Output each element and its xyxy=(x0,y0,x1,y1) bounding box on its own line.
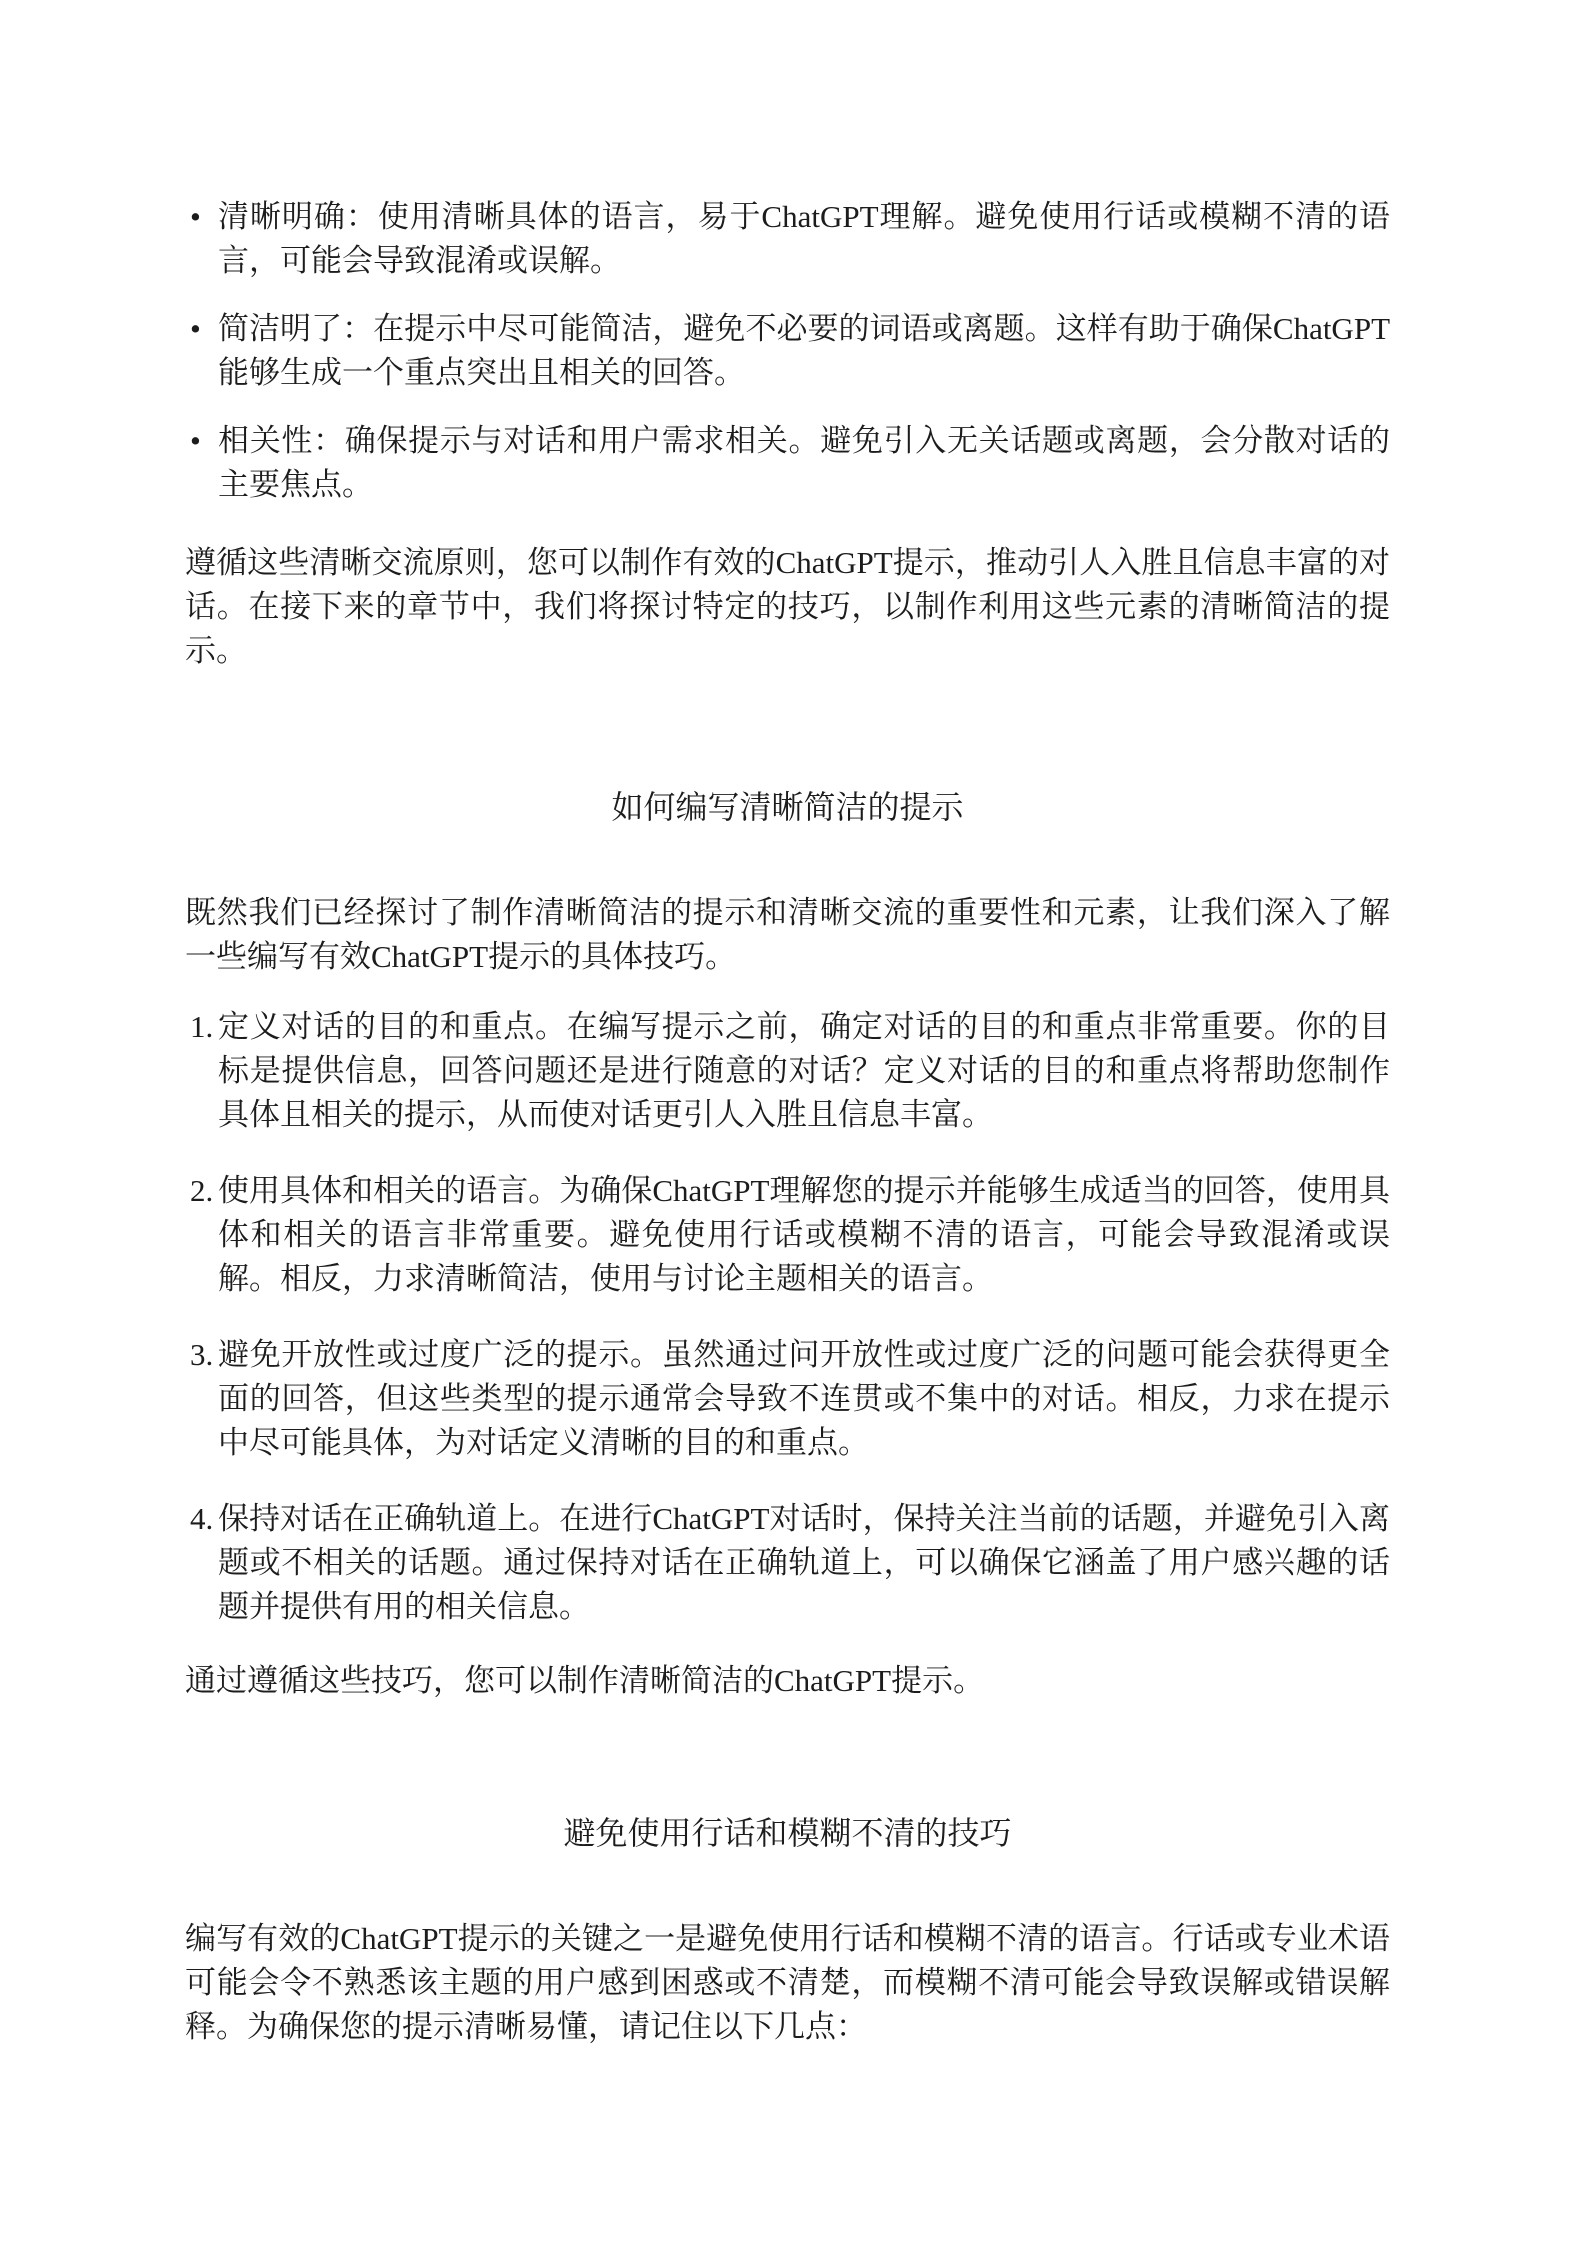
list-item: • 清晰明确：使用清晰具体的语言，易于ChatGPT理解。避免使用行话或模糊不清… xyxy=(185,195,1390,283)
section-heading-avoid-jargon: 避免使用行话和模糊不清的技巧 xyxy=(185,1811,1390,1855)
bullet-text: 清晰明确：使用清晰具体的语言，易于ChatGPT理解。避免使用行话或模糊不清的语… xyxy=(218,199,1390,278)
list-number: 2. xyxy=(190,1169,213,1213)
principles-bullet-list: • 清晰明确：使用清晰具体的语言，易于ChatGPT理解。避免使用行话或模糊不清… xyxy=(185,195,1390,507)
list-number: 1. xyxy=(190,1005,213,1049)
list-item: • 简洁明了：在提示中尽可能简洁，避免不必要的词语或离题。这样有助于确保Chat… xyxy=(185,307,1390,395)
list-number: 4. xyxy=(190,1497,213,1541)
numbered-item-text: 保持对话在正确轨道上。在进行ChatGPT对话时，保持关注当前的话题，并避免引入… xyxy=(218,1501,1390,1624)
numbered-item-text: 使用具体和相关的语言。为确保ChatGPT理解您的提示并能够生成适当的回答，使用… xyxy=(218,1173,1390,1296)
numbered-item-text: 避免开放性或过度广泛的提示。虽然通过问开放性或过度广泛的问题可能会获得更全面的回… xyxy=(218,1337,1390,1460)
bullet-icon: • xyxy=(190,307,201,351)
techniques-numbered-list: 1. 定义对话的目的和重点。在编写提示之前，确定对话的目的和重点非常重要。你的目… xyxy=(185,1005,1390,1629)
paragraph-section2-intro: 编写有效的ChatGPT提示的关键之一是避免使用行话和模糊不清的语言。行话或专业… xyxy=(185,1917,1390,2049)
paragraph-principles-summary: 遵循这些清晰交流原则，您可以制作有效的ChatGPT提示，推动引人入胜且信息丰富… xyxy=(185,541,1390,673)
section-heading-how-to-write: 如何编写清晰简洁的提示 xyxy=(185,785,1390,829)
bullet-icon: • xyxy=(190,419,201,463)
list-item: 4. 保持对话在正确轨道上。在进行ChatGPT对话时，保持关注当前的话题，并避… xyxy=(185,1497,1390,1629)
list-item: 3. 避免开放性或过度广泛的提示。虽然通过问开放性或过度广泛的问题可能会获得更全… xyxy=(185,1333,1390,1465)
list-item: • 相关性：确保提示与对话和用户需求相关。避免引入无关话题或离题，会分散对话的主… xyxy=(185,419,1390,507)
bullet-text: 简洁明了：在提示中尽可能简洁，避免不必要的词语或离题。这样有助于确保ChatGP… xyxy=(218,311,1390,390)
bullet-text: 相关性：确保提示与对话和用户需求相关。避免引入无关话题或离题，会分散对话的主要焦… xyxy=(218,423,1390,502)
bullet-icon: • xyxy=(190,195,201,239)
paragraph-section1-intro: 既然我们已经探讨了制作清晰简洁的提示和清晰交流的重要性和元素，让我们深入了解一些… xyxy=(185,891,1390,979)
document-page: • 清晰明确：使用清晰具体的语言，易于ChatGPT理解。避免使用行话或模糊不清… xyxy=(0,0,1585,2244)
paragraph-section1-closing: 通过遵循这些技巧，您可以制作清晰简洁的ChatGPT提示。 xyxy=(185,1659,1390,1703)
list-item: 1. 定义对话的目的和重点。在编写提示之前，确定对话的目的和重点非常重要。你的目… xyxy=(185,1005,1390,1137)
numbered-item-text: 定义对话的目的和重点。在编写提示之前，确定对话的目的和重点非常重要。你的目标是提… xyxy=(218,1009,1390,1132)
list-item: 2. 使用具体和相关的语言。为确保ChatGPT理解您的提示并能够生成适当的回答… xyxy=(185,1169,1390,1301)
list-number: 3. xyxy=(190,1333,213,1377)
